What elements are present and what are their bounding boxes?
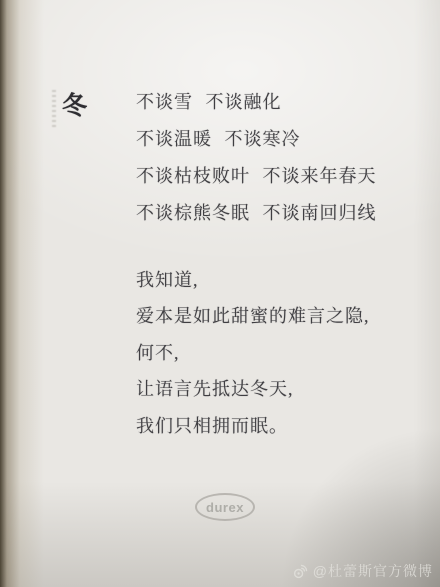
poem-title: 冬 — [62, 86, 88, 122]
poem-line: 不谈枯枝败叶 不谈来年春天 — [136, 158, 377, 195]
poem-line: 何不, — [136, 335, 370, 371]
weibo-watermark: @杜蕾斯官方微博 — [292, 561, 433, 581]
poem-line: 爱本是如此甜蜜的难言之隐, — [136, 298, 370, 334]
poem-line: 不谈温暖 不谈寒冷 — [136, 121, 377, 158]
poem-stanza-2: 我知道, 爱本是如此甜蜜的难言之隐, 何不, 让语言先抵达冬天, 我们只相拥而眠… — [136, 262, 370, 444]
margin-marks — [52, 90, 56, 128]
book-page-photo: 冬 不谈雪 不谈融化 不谈温暖 不谈寒冷 不谈枯枝败叶 不谈来年春天 不谈棕熊冬… — [0, 0, 440, 587]
poem-line: 我知道, — [136, 262, 370, 298]
durex-logo: durex — [195, 493, 255, 521]
poem-line: 不谈棕熊冬眠 不谈南回归线 — [136, 195, 377, 232]
poem-stanza-1: 不谈雪 不谈融化 不谈温暖 不谈寒冷 不谈枯枝败叶 不谈来年春天 不谈棕熊冬眠 … — [136, 84, 377, 232]
durex-logo-text: durex — [206, 500, 244, 515]
poem-line: 我们只相拥而眠。 — [136, 408, 370, 444]
watermark-handle: @杜蕾斯官方微博 — [313, 561, 433, 581]
poem-line: 不谈雪 不谈融化 — [136, 84, 377, 121]
poem-line: 让语言先抵达冬天, — [136, 371, 370, 407]
weibo-eye-icon — [292, 563, 309, 580]
